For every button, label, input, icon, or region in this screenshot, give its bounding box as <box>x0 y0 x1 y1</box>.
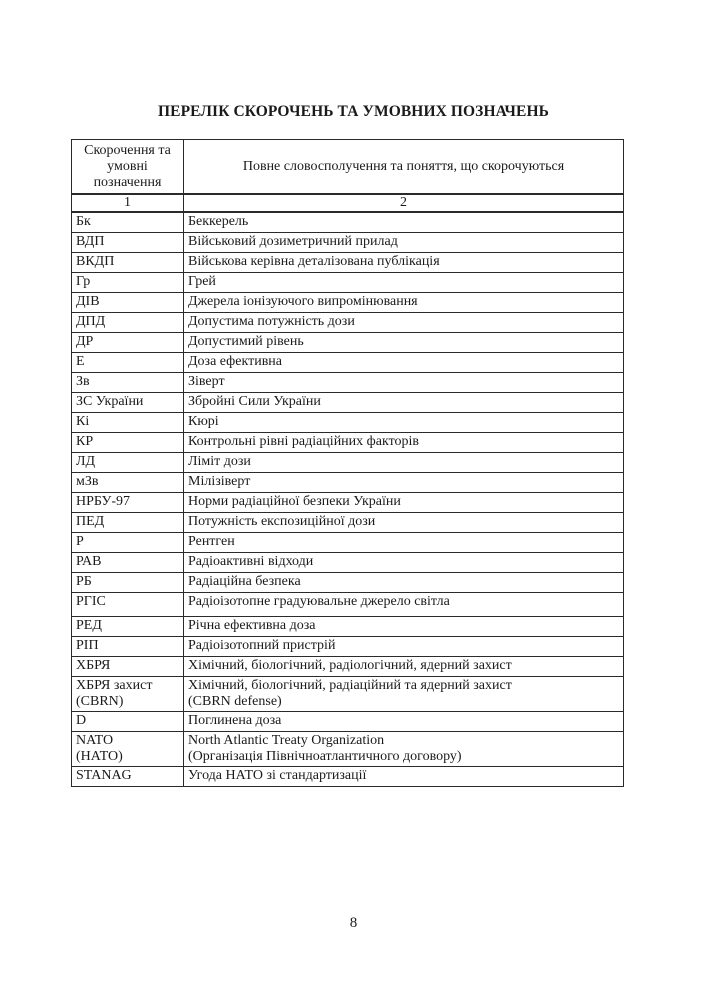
definition-cell: Радіоактивні відходи <box>184 553 624 573</box>
table-row: ПЕДПотужність експозиційної дози <box>72 513 624 533</box>
definition-cell: Доза ефективна <box>184 353 624 373</box>
column-number-row: 1 2 <box>72 194 624 212</box>
definition-cell: Радіоізотопне градуювальне джерело світл… <box>184 593 624 617</box>
definition-cell: Радіаційна безпека <box>184 573 624 593</box>
definition-cell: Рентген <box>184 533 624 553</box>
definition-cell: Потужність експозиційної дози <box>184 513 624 533</box>
abbreviation-cell: РАВ <box>72 553 184 573</box>
table-row: КіКюрі <box>72 413 624 433</box>
definition-cell: Хімічний, біологічний, радіаційний та яд… <box>184 677 624 712</box>
abbreviation-cell: КР <box>72 433 184 453</box>
abbreviation-cell: ДІВ <box>72 293 184 313</box>
table-row: ХБРЯХімічний, біологічний, радіологічний… <box>72 657 624 677</box>
abbreviation-cell: Гр <box>72 273 184 293</box>
definition-cell: Зіверт <box>184 373 624 393</box>
abbreviation-cell: ВКДП <box>72 253 184 273</box>
table-row: ВКДПВійськова керівна деталізована публі… <box>72 253 624 273</box>
definition-cell: Допустимий рівень <box>184 333 624 353</box>
table-row: ЕДоза ефективна <box>72 353 624 373</box>
definition-cell: Річна ефективна доза <box>184 617 624 637</box>
abbreviation-cell: ВДП <box>72 233 184 253</box>
table-row: НРБУ-97Норми радіаційної безпеки України <box>72 493 624 513</box>
abbreviation-cell: NATO(НАТО) <box>72 732 184 767</box>
abbreviation-cell: Бк <box>72 212 184 233</box>
definition-cell: Норми радіаційної безпеки України <box>184 493 624 513</box>
abbreviation-cell: РГІС <box>72 593 184 617</box>
table-row: РАВРадіоактивні відходи <box>72 553 624 573</box>
column-number-2: 2 <box>184 194 624 212</box>
header-abbreviations: Скорочення та умовні позначення <box>72 140 184 195</box>
definition-cell: Збройні Сили України <box>184 393 624 413</box>
table-row: ЛДЛіміт дози <box>72 453 624 473</box>
table-row: мЗвМілізіверт <box>72 473 624 493</box>
column-number-1: 1 <box>72 194 184 212</box>
definition-cell: Військовий дозиметричний прилад <box>184 233 624 253</box>
table-row: РІПРадіоізотопний пристрій <box>72 637 624 657</box>
abbreviation-cell: ДР <box>72 333 184 353</box>
table-row: РГІСРадіоізотопне градуювальне джерело с… <box>72 593 624 617</box>
abbreviation-cell: Зв <box>72 373 184 393</box>
table-row: ЗС УкраїниЗбройні Сили України <box>72 393 624 413</box>
definition-cell: Джерела іонізуючого випромінювання <box>184 293 624 313</box>
abbreviation-cell: РІП <box>72 637 184 657</box>
table-row: DПоглинена доза <box>72 712 624 732</box>
definition-cell: Кюрі <box>184 413 624 433</box>
definition-cell: Ліміт дози <box>184 453 624 473</box>
table-row: ДРДопустимий рівень <box>72 333 624 353</box>
table-row: ХБРЯ захист(CBRN)Хімічний, біологічний, … <box>72 677 624 712</box>
table-row: NATO(НАТО)North Atlantic Treaty Organiza… <box>72 732 624 767</box>
table-row: РРентген <box>72 533 624 553</box>
definition-cell: Мілізіверт <box>184 473 624 493</box>
table-row: РБРадіаційна безпека <box>72 573 624 593</box>
header-full-terms: Повне словосполучення та поняття, що ско… <box>184 140 624 195</box>
abbreviation-cell: STANAG <box>72 767 184 787</box>
page-title: ПЕРЕЛІК СКОРОЧЕНЬ ТА УМОВНИХ ПОЗНАЧЕНЬ <box>0 103 707 121</box>
abbreviation-cell: ХБРЯ захист(CBRN) <box>72 677 184 712</box>
abbreviation-cell: ДПД <box>72 313 184 333</box>
definition-cell: Беккерель <box>184 212 624 233</box>
definition-cell: Угода НАТО зі стандартизації <box>184 767 624 787</box>
abbreviation-cell: ХБРЯ <box>72 657 184 677</box>
table-row: БкБеккерель <box>72 212 624 233</box>
abbreviation-cell: РЕД <box>72 617 184 637</box>
abbreviation-cell: Р <box>72 533 184 553</box>
abbreviations-table: Скорочення та умовні позначення Повне сл… <box>71 139 624 787</box>
page-number: 8 <box>0 915 707 932</box>
abbreviation-cell: ЗС України <box>72 393 184 413</box>
abbreviation-cell: Кі <box>72 413 184 433</box>
table-row: ГрГрей <box>72 273 624 293</box>
abbreviation-cell: ЛД <box>72 453 184 473</box>
table-row: STANAGУгода НАТО зі стандартизації <box>72 767 624 787</box>
definition-cell: Поглинена доза <box>184 712 624 732</box>
abbreviation-cell: РБ <box>72 573 184 593</box>
abbreviation-cell: D <box>72 712 184 732</box>
abbreviation-cell: НРБУ-97 <box>72 493 184 513</box>
table-row: ЗвЗіверт <box>72 373 624 393</box>
table-body: БкБеккерельВДПВійськовий дозиметричний п… <box>72 212 624 787</box>
definition-cell: Грей <box>184 273 624 293</box>
abbreviation-cell: Е <box>72 353 184 373</box>
table-header-row: Скорочення та умовні позначення Повне сл… <box>72 140 624 195</box>
table-row: ДПДДопустима потужність дози <box>72 313 624 333</box>
table-row: ДІВДжерела іонізуючого випромінювання <box>72 293 624 313</box>
definition-cell: Допустима потужність дози <box>184 313 624 333</box>
definition-cell: Хімічний, біологічний, радіологічний, яд… <box>184 657 624 677</box>
table-row: РЕДРічна ефективна доза <box>72 617 624 637</box>
definition-cell: Контрольні рівні радіаційних факторів <box>184 433 624 453</box>
definition-cell: North Atlantic Treaty Organization(Орган… <box>184 732 624 767</box>
table-row: КРКонтрольні рівні радіаційних факторів <box>72 433 624 453</box>
definition-cell: Військова керівна деталізована публікаці… <box>184 253 624 273</box>
abbreviation-cell: ПЕД <box>72 513 184 533</box>
abbreviation-cell: мЗв <box>72 473 184 493</box>
definition-cell: Радіоізотопний пристрій <box>184 637 624 657</box>
table-row: ВДПВійськовий дозиметричний прилад <box>72 233 624 253</box>
